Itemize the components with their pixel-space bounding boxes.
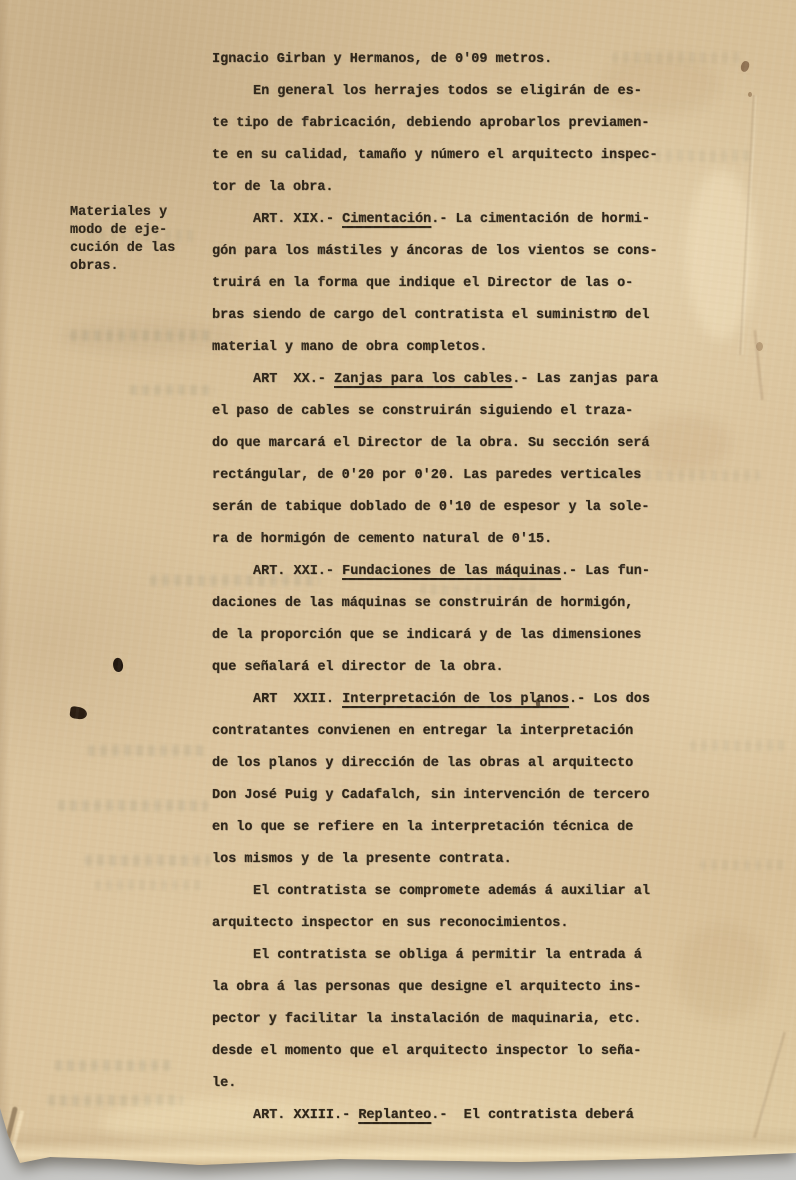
typed-text-segment: en lo que se refiere en la interpretació… <box>212 820 633 835</box>
typed-text-segment: .- Los dos <box>569 692 650 707</box>
typed-line: Ignacio Girban y Hermanos, de 0'09 metro… <box>212 44 658 76</box>
typed-text-segment: pector y facilitar la instalación de maq… <box>212 1012 641 1027</box>
article-title-underlined: Cimentación <box>342 212 431 227</box>
typed-text-segment: te en su calidad, tamaño y número el arq… <box>212 148 658 163</box>
typed-line: ART XX.- Zanjas para los cables.- Las za… <box>212 364 658 396</box>
typed-text-segment: tor de la obra. <box>212 180 334 195</box>
typed-line: El contratista se compromete además á au… <box>212 876 658 908</box>
typed-line: ART. XXI.- Fundaciones de las máquinas.-… <box>212 556 658 588</box>
typed-text-segment: El contratista se obliga á permitir la e… <box>253 948 642 963</box>
typed-line: de los planos y dirección de las obras a… <box>212 748 658 780</box>
stain <box>686 170 756 340</box>
typed-text-segment: arquitecto inspector en sus reconocimien… <box>212 916 568 931</box>
scanner-background: Materiales ymodo de eje-cución de lasobr… <box>0 0 796 1180</box>
typed-line: contratantes convienen en entregar la in… <box>212 716 658 748</box>
typed-text-segment: ART XX.- <box>253 372 334 387</box>
typed-text-segment: .- El contratista deberá <box>431 1108 634 1123</box>
typed-line: el paso de cables se construirán siguien… <box>212 396 658 428</box>
fold-crease <box>753 330 763 400</box>
typed-body-text: Ignacio Girban y Hermanos, de 0'09 metro… <box>212 44 658 1132</box>
typed-text-segment: de los planos y dirección de las obras a… <box>212 756 633 771</box>
document-page: Materiales ymodo de eje-cución de lasobr… <box>0 0 796 1168</box>
typed-text-segment: ART. XXIII.- <box>253 1108 358 1123</box>
typed-line: te en su calidad, tamaño y número el arq… <box>212 140 658 172</box>
margin-note-line: cución de las <box>70 240 175 258</box>
typed-line: tor de la obra. <box>212 172 658 204</box>
typed-line: pector y facilitar la instalación de maq… <box>212 1004 658 1036</box>
bottom-edge-fold <box>0 1126 796 1168</box>
typed-line: ART. XIX.- Cimentación.- La cimentación … <box>212 204 658 236</box>
typed-line: daciones de las máquinas se construirán … <box>212 588 658 620</box>
paper-speck <box>748 92 752 97</box>
typed-line: serán de tabique doblado de 0'10 de espe… <box>212 492 658 524</box>
typed-text-segment: ART XXII. <box>253 692 342 707</box>
bleedthrough-smudge <box>48 1095 183 1106</box>
typed-text-segment: material y mano de obra completos. <box>212 340 487 355</box>
typed-text-segment: do que marcará el Director de la obra. S… <box>212 436 649 451</box>
typed-text-segment: daciones de las máquinas se construirán … <box>212 596 633 611</box>
typed-text-segment: los mismos y de la presente contrata. <box>212 852 512 867</box>
typed-text-segment: truirá en la forma que indique el Direct… <box>212 276 633 291</box>
article-title-underlined: Zanjas para los cables <box>334 372 512 387</box>
ink-blot <box>69 706 88 720</box>
margin-note-line: Materiales y <box>70 204 175 222</box>
typed-line: desde el momento que el arquitecto inspe… <box>212 1036 658 1068</box>
typed-text-segment: la obra á las personas que designe el ar… <box>212 980 641 995</box>
typed-text-segment: bras siendo de cargo del contratista el … <box>212 308 649 323</box>
typed-line: en lo que se refiere en la interpretació… <box>212 812 658 844</box>
typed-text-segment: te tipo de fabricación, debiendo aprobar… <box>212 116 649 131</box>
typed-text-segment: En general los herrajes todos se eligirá… <box>253 84 642 99</box>
bleedthrough-smudge <box>700 860 785 870</box>
typed-text-segment: .- Las fun- <box>561 564 650 579</box>
paper-speck <box>740 60 750 72</box>
bleedthrough-smudge <box>95 880 205 890</box>
margin-note-line: obras. <box>70 258 175 276</box>
typed-text-segment: Ignacio Girban y Hermanos, de 0'09 metro… <box>212 52 552 67</box>
typed-line: ART. XXIII.- Replanteo.- El contratista … <box>212 1100 658 1132</box>
typed-text-segment: ART. XXI.- <box>253 564 342 579</box>
typed-line: material y mano de obra completos. <box>212 332 658 364</box>
bleedthrough-smudge <box>88 745 208 756</box>
typed-line: truirá en la forma que indique el Direct… <box>212 268 658 300</box>
bleedthrough-smudge <box>55 1060 175 1071</box>
typed-line: los mismos y de la presente contrata. <box>212 844 658 876</box>
typed-text-segment: Don José Puig y Cadafalch, sin intervenc… <box>212 788 649 803</box>
article-title-underlined: Interpretación de los planos <box>342 692 569 707</box>
paper-shadow-wrap: Materiales ymodo de eje-cución de lasobr… <box>0 0 796 1180</box>
typed-text-segment: rectángular, de 0'20 por 0'20. Las pared… <box>212 468 641 483</box>
fold-crease <box>739 95 757 355</box>
article-title-underlined: Replanteo <box>358 1108 431 1123</box>
typed-line: ART XXII. Interpretación de los planos.-… <box>212 684 658 716</box>
typed-line: la obra á las personas que designe el ar… <box>212 972 658 1004</box>
fold-crease <box>753 1032 786 1139</box>
typed-line: le. <box>212 1068 658 1100</box>
typed-text-segment: que señalará el director de la obra. <box>212 660 504 675</box>
typed-text-segment: serán de tabique doblado de 0'10 de espe… <box>212 500 649 515</box>
bleedthrough-smudge <box>690 740 785 751</box>
typed-text-segment: El contratista se compromete además á au… <box>253 884 650 899</box>
typed-text-segment: desde el momento que el arquitecto inspe… <box>212 1044 641 1059</box>
corner-fold-highlight <box>8 1110 24 1161</box>
paper-speck <box>756 342 763 351</box>
ink-blot <box>111 657 124 673</box>
typed-text-segment: contratantes convienen en entregar la in… <box>212 724 633 739</box>
article-title-underlined: Fundaciones de las máquinas <box>342 564 561 579</box>
left-edge-shading <box>0 0 10 1168</box>
typed-text-segment: de la proporción que se indicará y de la… <box>212 628 641 643</box>
typed-line: do que marcará el Director de la obra. S… <box>212 428 658 460</box>
typed-line: te tipo de fabricación, debiendo aprobar… <box>212 108 658 140</box>
typed-line: Don José Puig y Cadafalch, sin intervenc… <box>212 780 658 812</box>
margin-note: Materiales ymodo de eje-cución de lasobr… <box>70 204 175 276</box>
typed-line: gón para los mástiles y áncoras de los v… <box>212 236 658 268</box>
typed-line: rectángular, de 0'20 por 0'20. Las pared… <box>212 460 658 492</box>
bleedthrough-smudge <box>70 330 210 341</box>
typed-text-segment: .- La cimentación de hormi- <box>431 212 650 227</box>
typed-line: ra de hormigón de cemento natural de 0'1… <box>212 524 658 556</box>
typed-text-segment: ART. XIX.- <box>253 212 342 227</box>
typed-text-segment: .- Las zanjas para <box>512 372 658 387</box>
typed-line: de la proporción que se indicará y de la… <box>212 620 658 652</box>
typed-line: bras siendo de cargo del contratista el … <box>212 300 658 332</box>
margin-note-line: modo de eje- <box>70 222 175 240</box>
typed-text-segment: el paso de cables se construirán siguien… <box>212 404 633 419</box>
typed-line: que señalará el director de la obra. <box>212 652 658 684</box>
stain <box>675 925 770 1020</box>
typed-text-segment: le. <box>212 1076 236 1091</box>
typed-line: arquitecto inspector en sus reconocimien… <box>212 908 658 940</box>
typed-text-segment: ra de hormigón de cemento natural de 0'1… <box>212 532 552 547</box>
bleedthrough-smudge <box>85 855 210 866</box>
typed-line: El contratista se obliga á permitir la e… <box>212 940 658 972</box>
bleedthrough-smudge <box>58 800 208 811</box>
typed-text-segment: gón para los mástiles y áncoras de los v… <box>212 244 658 259</box>
bleedthrough-smudge <box>130 385 215 395</box>
typed-line: En general los herrajes todos se eligirá… <box>212 76 658 108</box>
